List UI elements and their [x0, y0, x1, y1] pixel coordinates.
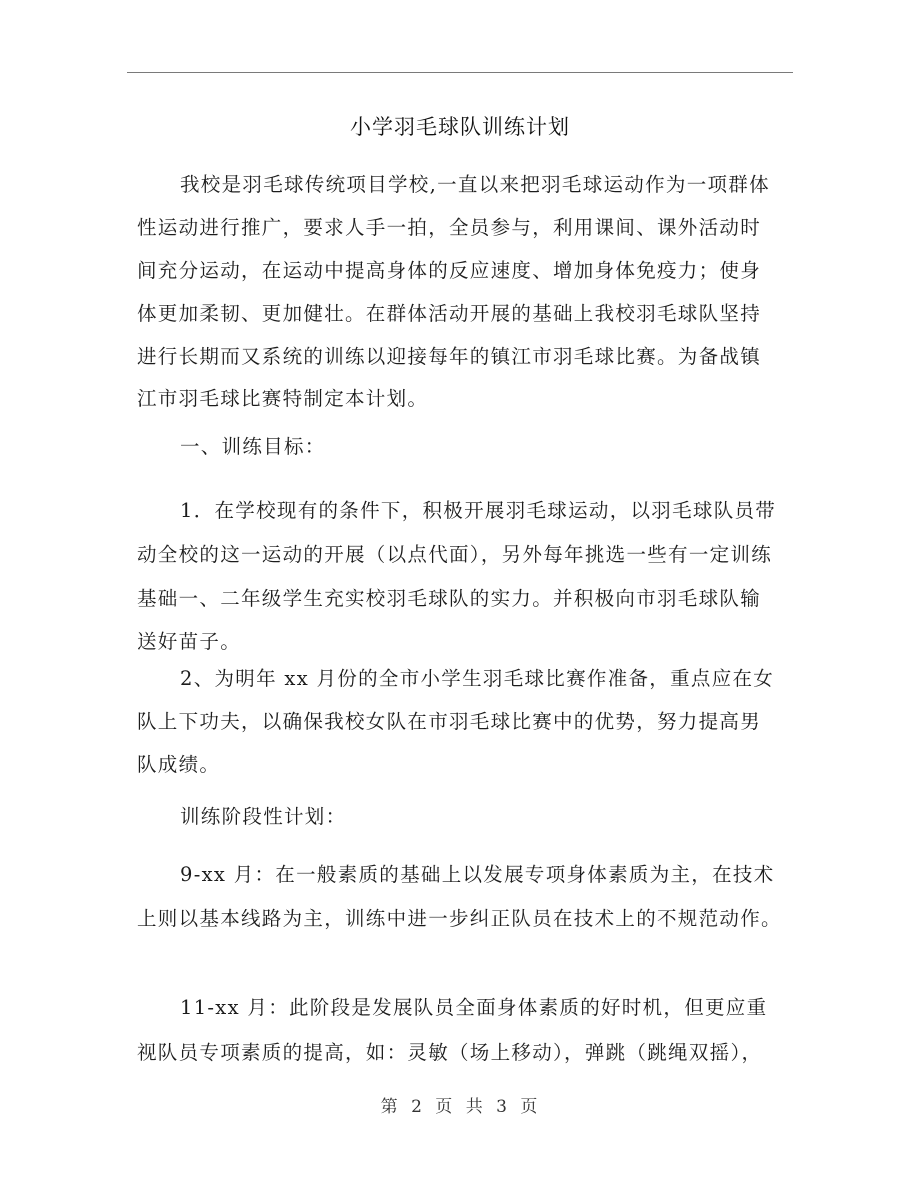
paragraph-line: 2、为明年 xx 月份的全市小学生羽毛球比赛作准备，重点应在女 [180, 665, 774, 693]
section-heading-goals: 一、训练目标： [180, 433, 326, 461]
paragraph-line: 动全校的这一运动的开展（以点代面），另外每年挑选一些有一定训练 [137, 541, 772, 569]
paragraph-line: 视队员专项素质的提高，如：灵敏（场上移动），弹跳（跳绳双摇）， [137, 1039, 762, 1067]
paragraph-line: 1．在学校现有的条件下，积极开展羽毛球运动，以羽毛球队员带 [180, 497, 776, 525]
header-rule [127, 72, 793, 73]
paragraph-line: 队成绩。 [137, 751, 220, 779]
paragraph-line: 进行长期而又系统的训练以迎接每年的镇江市羽毛球比赛。为备战镇 [137, 343, 761, 371]
paragraph-line: 送好苗子。 [137, 628, 241, 656]
paragraph-line: 11-xx 月：此阶段是发展队员全面身体素质的好时机，但更应重 [180, 994, 767, 1022]
document-title: 小学羽毛球队训练计划 [0, 112, 920, 142]
section-heading-stage-plan: 训练阶段性计划： [180, 803, 346, 831]
paragraph-line: 江市羽毛球比赛特制定本计划。 [137, 385, 428, 413]
paragraph-line: 基础一、二年级学生充实校羽毛球队的实力。并积极向市羽毛球队输 [137, 585, 761, 613]
paragraph-line: 间充分运动，在运动中提高身体的反应速度、增加身体免疫力；使身 [137, 257, 761, 285]
paragraph-line: 体更加柔韧、更加健壮。在群体活动开展的基础上我校羽毛球队坚持 [137, 300, 761, 328]
paragraph-line: 我校是羽毛球传统项目学校,一直以来把羽毛球运动作为一项群体 [180, 171, 770, 199]
paragraph-line: 队上下功夫，以确保我校女队在市羽毛球比赛中的优势，努力提高男 [137, 708, 761, 736]
paragraph-line: 性运动进行推广，要求人手一拍，全员参与，利用课间、课外活动时 [137, 214, 761, 242]
paragraph-line: 9-xx 月：在一般素质的基础上以发展专项身体素质为主，在技术 [180, 861, 775, 889]
paragraph-line: 上则以基本线路为主，训练中进一步纠正队员在技术上的不规范动作。 [137, 905, 782, 933]
page-number-footer: 第 2 页 共 3 页 [0, 1094, 920, 1120]
